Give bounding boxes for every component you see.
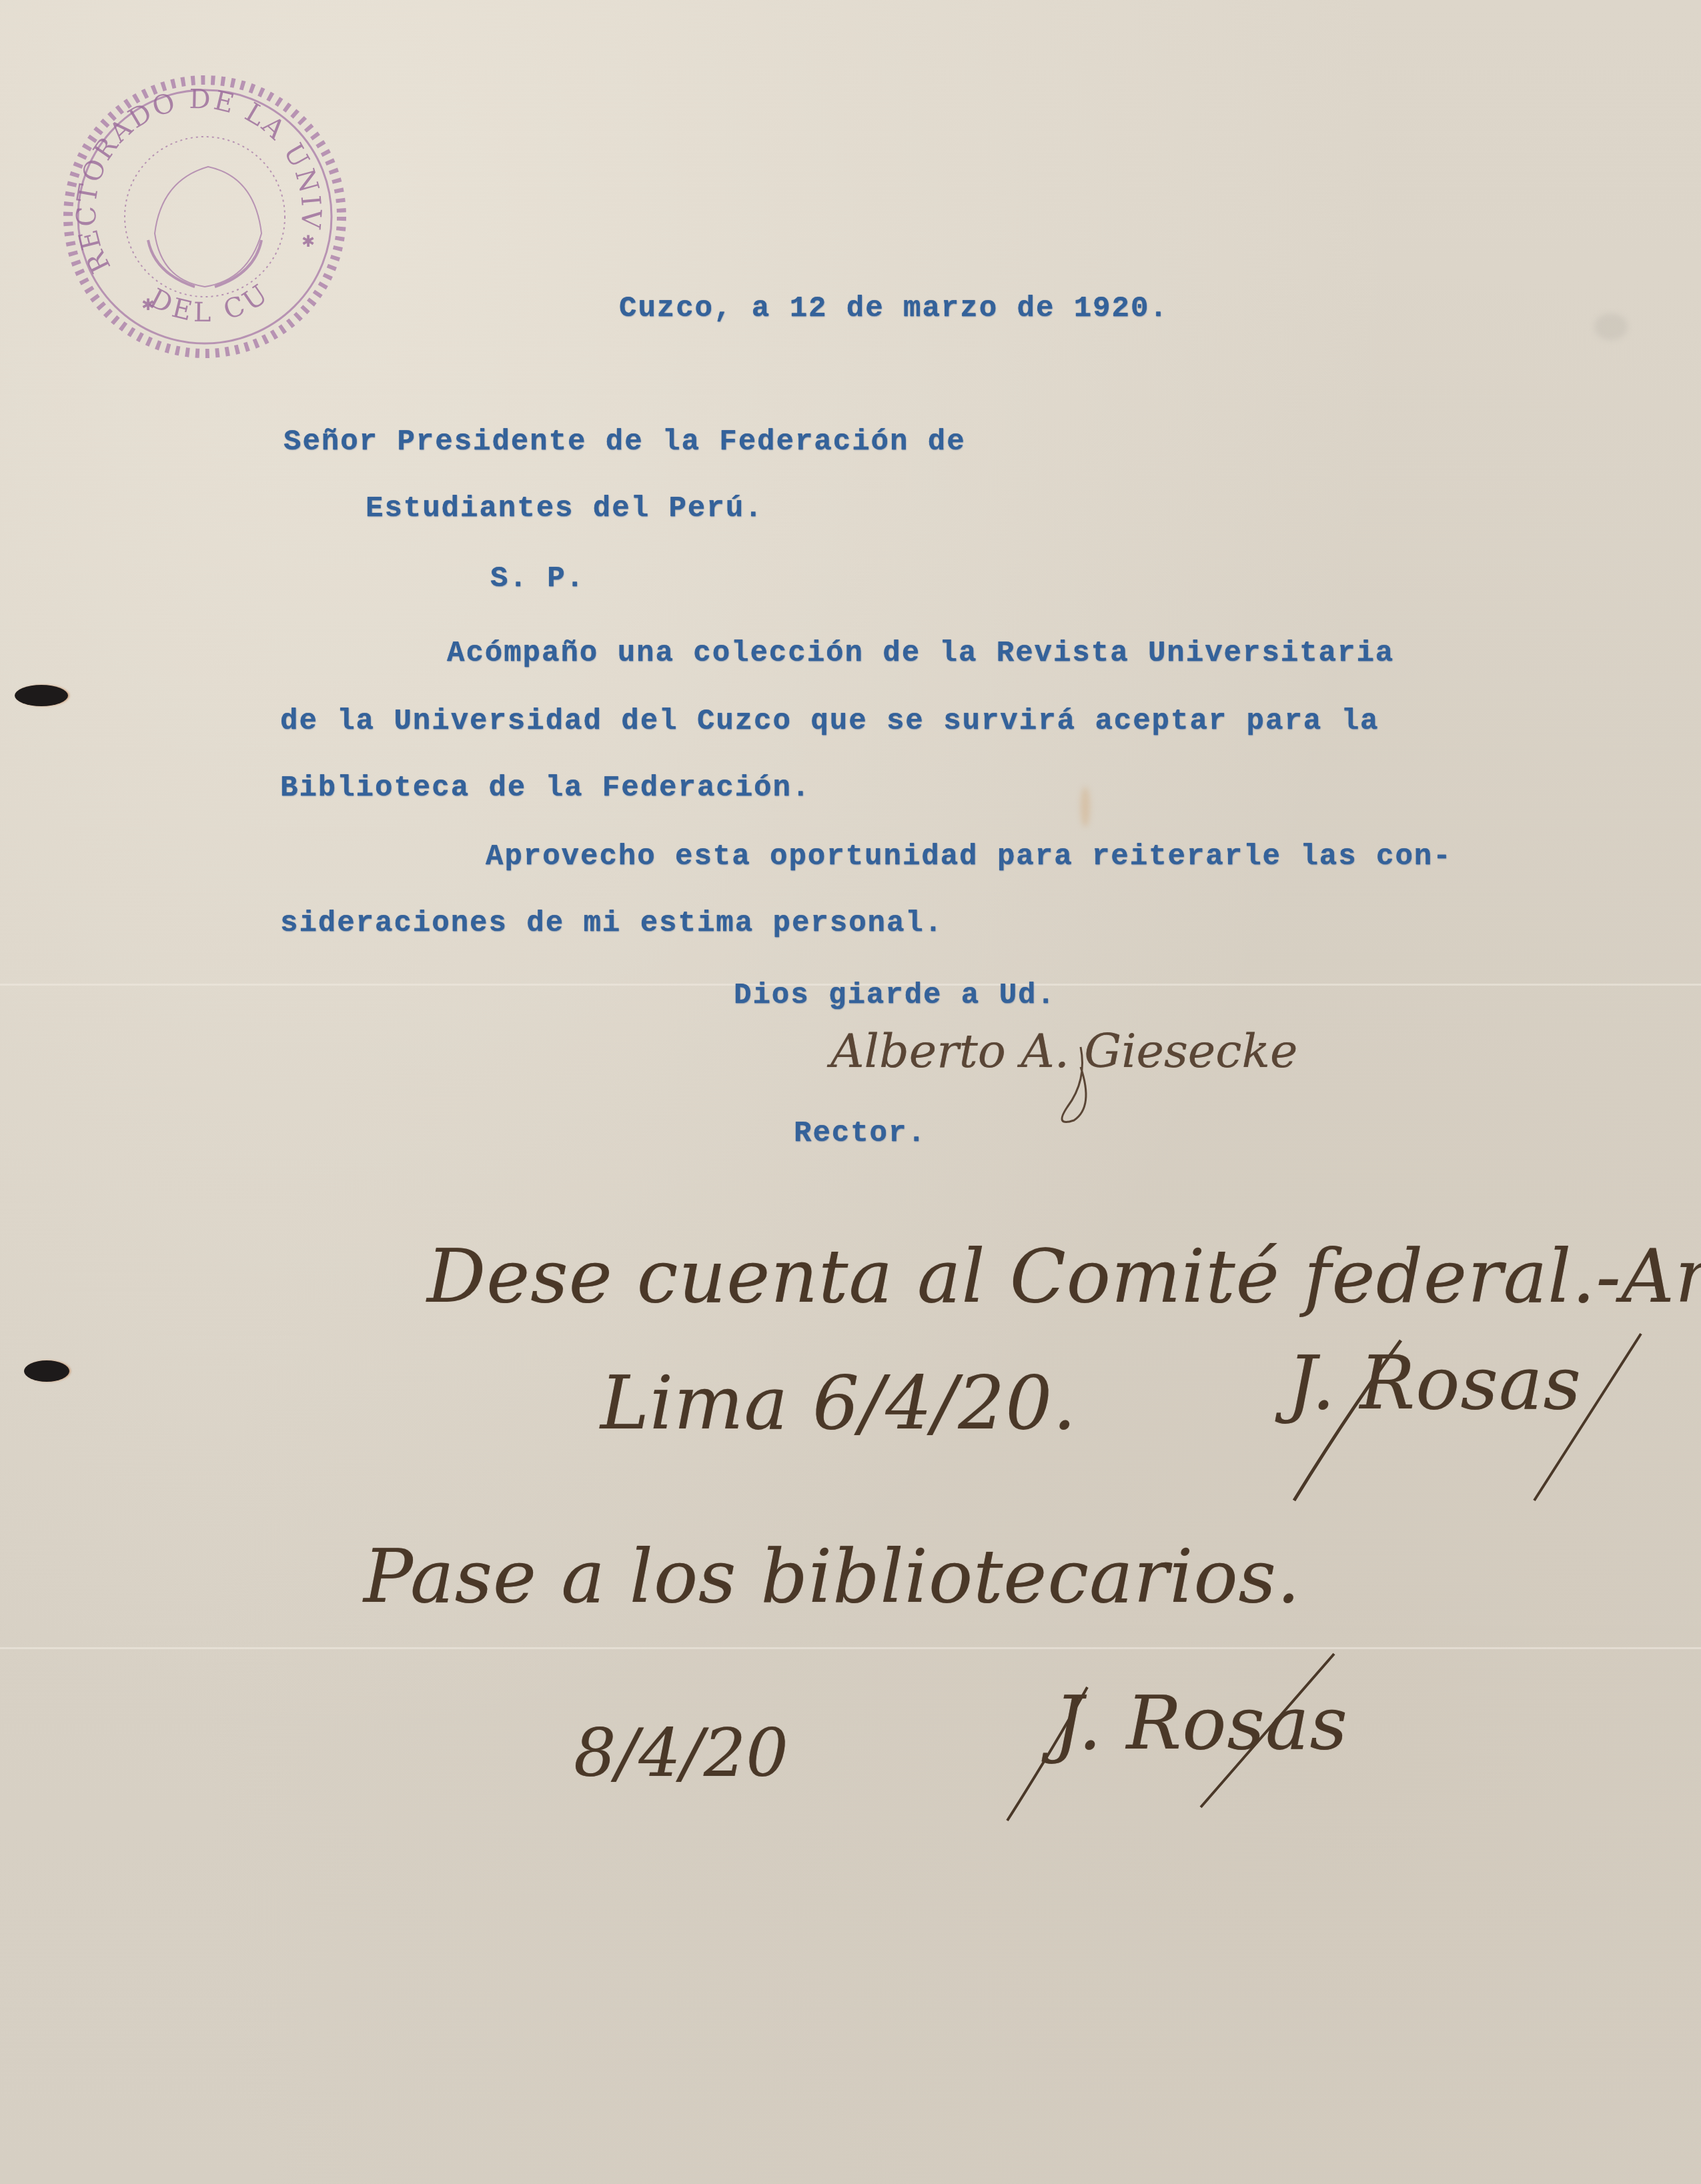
university-seal-stamp: RECTORADO DE LA UNIVERSIDAD DEL CUZCO ✱ …: [55, 67, 355, 367]
letter-body-line: Aprovecho esta oportunidad para reiterar…: [486, 840, 1452, 874]
letter-date-line: Cuzco, a 12 de marzo de 1920.: [619, 292, 1169, 325]
annotation-1-signature-stroke: [1267, 1327, 1668, 1507]
annotation-2-text: Pase a los bibliotecarios.: [364, 1534, 1301, 1619]
svg-text:RECTORADO DE LA UNIVERSIDAD: RECTORADO DE LA UNIVERSIDAD: [55, 67, 327, 277]
letter-body-line: sideraciones de mi estima personal.: [280, 907, 943, 940]
annotation-1-text: Dese cuenta al Comité federal.-Archívese: [427, 1234, 1701, 1319]
letter-body-line: de la Universidad del Cuzco que se survi…: [280, 705, 1379, 738]
annotation-2-place-date: 8/4/20: [574, 1714, 788, 1792]
annotation-2-signature-stroke: [1001, 1647, 1347, 1827]
paper-fold-line: [0, 1647, 1701, 1649]
annotation-1-place-date: Lima 6/4/20.: [600, 1360, 1077, 1446]
letter-body-line: Acómpaño una colección de la Revista Uni…: [447, 637, 1394, 670]
paper-stain: [1081, 787, 1090, 827]
signature-flourish: [1041, 1040, 1121, 1134]
paper-stain: [1594, 313, 1628, 340]
punch-hole-top: [15, 685, 68, 706]
svg-text:✱: ✱: [141, 297, 155, 314]
svg-text:✱: ✱: [302, 233, 315, 251]
punch-hole-bottom: [24, 1360, 69, 1382]
letter-closing: Dios giarde a Ud.: [734, 979, 1056, 1012]
letter-signer-title: Rector.: [794, 1117, 927, 1150]
letter-body-line: Biblioteca de la Federación.: [280, 772, 810, 805]
letter-addressee-line2: Estudiantes del Perú.: [366, 492, 764, 525]
letter-salutation: S. P.: [490, 562, 585, 596]
letter-addressee-line1: Señor Presidente de la Federación de: [283, 425, 966, 459]
